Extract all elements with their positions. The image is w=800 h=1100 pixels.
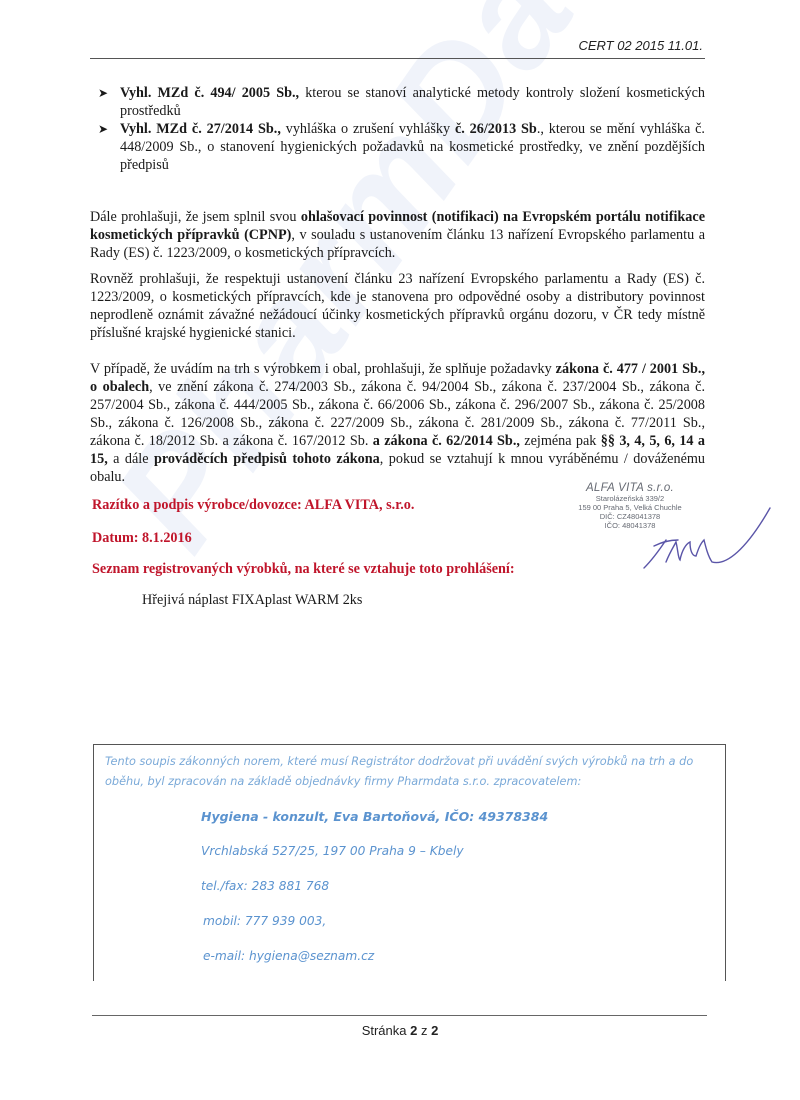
regulation-ref: Vyhl. MZd č. 494/ 2005 Sb., [120, 85, 299, 101]
document-code: CERT 02 2015 11.01. [578, 38, 703, 53]
page-header: CERT 02 2015 11.01. [90, 36, 705, 59]
page-total: 2 [431, 1023, 438, 1038]
processor-address: Vrchlabská 527/25, 197 00 Praha 9 – Kbel… [201, 844, 464, 858]
processor-info-box: Tento soupis zákonných norem, které musí… [93, 744, 726, 981]
date-label: Datum: 8.1.2016 [92, 530, 192, 547]
page-separator: z [417, 1023, 431, 1038]
handwritten-signature-icon [636, 500, 776, 580]
stamp-signature-label: Razítko a podpis výrobce/dovozce: ALFA V… [92, 497, 414, 514]
page-word: Stránka [362, 1023, 410, 1038]
product-item: Hřejivá náplast FIXAplast WARM 2ks [142, 592, 362, 609]
processor-phone: tel./fax: 283 881 768 [201, 879, 329, 893]
bold-text: prováděcích předpisů tohoto zákona [154, 451, 380, 467]
arrow-bullet-icon: ➤ [98, 120, 108, 138]
regulation-ref: Vyhl. MZd č. 27/2014 Sb., [120, 121, 281, 137]
processor-intro: Tento soupis zákonných norem, které musí… [105, 752, 720, 792]
processor-email[interactable]: e-mail: hygiena@seznam.cz [203, 949, 374, 963]
processor-mobile: mobil: 777 939 003, [203, 914, 326, 928]
processor-name: Hygiena - konzult, Eva Bartoňová, IČO: 4… [201, 809, 548, 824]
packaging-paragraph: V případě, že uvádím na trh s výrobkem i… [90, 360, 705, 486]
text: a dále [108, 451, 154, 467]
footer-divider [92, 1015, 707, 1016]
text: Dále prohlašuji, že jsem splnil svou [90, 209, 301, 225]
regulation-desc: vyhláška o zrušení vyhlášky [281, 121, 455, 137]
page-number: Stránka 2 z 2 [0, 1023, 800, 1038]
notification-paragraph: Dále prohlašuji, že jsem splnil svou ohl… [90, 208, 705, 262]
arrow-bullet-icon: ➤ [98, 84, 108, 102]
text: zejména pak [520, 433, 601, 449]
adverse-effects-paragraph: Rovněž prohlašuji, že respektuji ustanov… [90, 270, 705, 342]
document-body: ➤ Vyhl. MZd č. 494/ 2005 Sb., kterou se … [90, 84, 705, 486]
regulation-item: ➤ Vyhl. MZd č. 27/2014 Sb., vyhláška o z… [90, 120, 705, 174]
stamp-company: ALFA VITA s.r.o. [560, 482, 700, 494]
regulation-list: ➤ Vyhl. MZd č. 494/ 2005 Sb., kterou se … [90, 84, 705, 174]
regulation-ref: č. 26/2013 Sb [455, 121, 537, 137]
bold-text: a zákona č. 62/2014 Sb., [373, 433, 520, 449]
text: V případě, že uvádím na trh s výrobkem i… [90, 361, 556, 377]
registered-products-label: Seznam registrovaných výrobků, na které … [92, 561, 515, 578]
regulation-item: ➤ Vyhl. MZd č. 494/ 2005 Sb., kterou se … [90, 84, 705, 120]
